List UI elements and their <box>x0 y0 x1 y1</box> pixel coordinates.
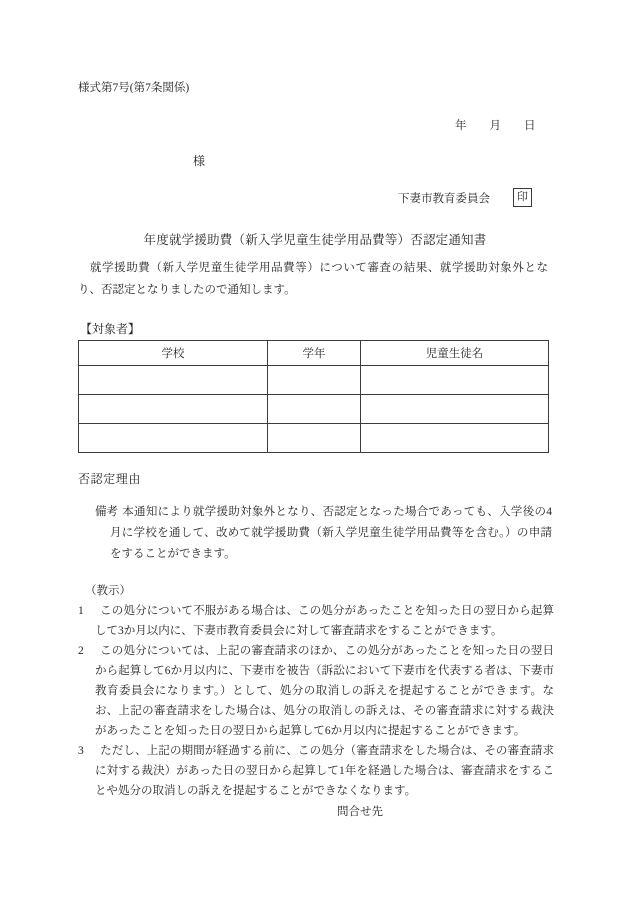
subjects-table: 学校 学年 児童生徒名 <box>78 340 549 453</box>
column-header-grade: 学年 <box>268 341 361 366</box>
column-header-student-name: 児童生徒名 <box>361 341 549 366</box>
instructions-section: （教示） 1この処分について不服がある場合は、この処分があったことを知った日の翌… <box>78 581 554 801</box>
table-row <box>79 366 549 395</box>
table-cell <box>361 366 549 395</box>
table-cell <box>268 424 361 453</box>
form-number: 様式第7号(第7条関係) <box>78 79 189 95</box>
remark-paragraph: 備考本通知により就学援助対象外となり、否認定となった場合であっても、入学後の4月… <box>78 502 552 565</box>
item-number: 3 <box>78 741 100 761</box>
addressee-honorific: 様 <box>193 152 205 169</box>
subjects-table-body <box>79 366 549 453</box>
instruction-item-1: 1この処分について不服がある場合は、この処分があったことを知った日の翌日から起算… <box>78 601 554 641</box>
instructions-label: （教示） <box>85 581 554 601</box>
notice-body-paragraph: 就学援助費（新入学児童生徒学用品費等）について審査の結果、就学援助対象外となり、… <box>78 257 548 301</box>
document-title: 年度就学援助費（新入学児童生徒学用品費等）否認定通知書 <box>0 230 630 248</box>
table-row <box>79 424 549 453</box>
seal-placeholder: 印 <box>513 188 532 207</box>
table-cell <box>361 395 549 424</box>
column-header-school: 学校 <box>79 341 268 366</box>
table-cell <box>268 366 361 395</box>
remark-label: 備考 <box>95 502 122 523</box>
issuer-name: 下妻市教育委員会 <box>398 190 490 206</box>
instruction-item-2: 2この処分については、上記の審査請求のほか、この処分があったことを知った日の翌日… <box>78 641 554 741</box>
subjects-section-label: 【対象者】 <box>80 320 140 337</box>
table-header-row: 学校 学年 児童生徒名 <box>79 341 549 366</box>
item-text: ただし、上記の期間が経過する前に、この処分（審査請求をした場合は、その審査請求に… <box>95 745 554 797</box>
item-number: 1 <box>78 601 100 621</box>
table-cell <box>361 424 549 453</box>
table-cell <box>79 424 268 453</box>
remark-text: 本通知により就学援助対象外となり、否認定となった場合であっても、入学後の4月に学… <box>110 506 552 560</box>
item-number: 2 <box>78 641 100 661</box>
instruction-item-3: 3ただし、上記の期間が経過する前に、この処分（審査請求をした場合は、その審査請求… <box>78 741 554 801</box>
table-cell <box>79 366 268 395</box>
date-line: 年 月 日 <box>455 117 536 133</box>
document-page: 様式第7号(第7条関係) 年 月 日 様 下妻市教育委員会 印 年度就学援助費（… <box>0 0 630 903</box>
denial-reason-label: 否認定理由 <box>78 470 141 487</box>
item-text: この処分について不服がある場合は、この処分があったことを知った日の翌日から起算し… <box>95 605 554 637</box>
table-cell <box>268 395 361 424</box>
inquiry-label: 問合せ先 <box>337 803 383 819</box>
item-text: この処分については、上記の審査請求のほか、この処分があったことを知った日の翌日か… <box>95 645 554 737</box>
table-cell <box>79 395 268 424</box>
table-row <box>79 395 549 424</box>
